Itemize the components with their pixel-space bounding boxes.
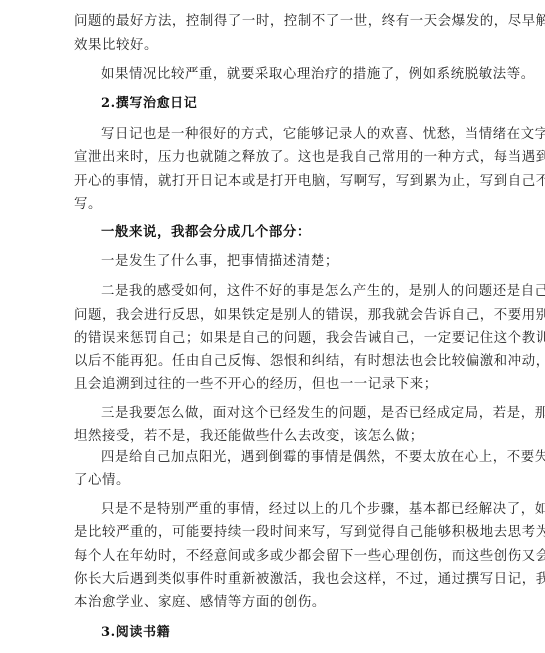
paragraph-line: 以后不能再犯。任由自己反悔、怨恨和纠结，有时想法也会比较偏激和冲动，而 xyxy=(74,354,545,370)
paragraph-line: 如果情况比较严重，就要采取心理治疗的措施了，例如系统脱敏法等。 xyxy=(101,67,535,83)
paragraph-line: 坦然接受，若不是，我还能做些什么去改变，该怎么做； xyxy=(74,429,424,445)
paragraph-line: 的错误来惩罚自己；如果是自己的问题，我会告诫自己，一定要记住这个教训， xyxy=(74,331,545,347)
paragraph-line: 写日记也是一种很好的方式，它能够记录人的欢喜、忧愁，当情绪在文字中 xyxy=(101,127,545,143)
bold-intro-line: 一般来说，我都会分成几个部分： xyxy=(101,224,311,240)
paragraph-line: 且会追溯到过往的一些不开心的经历，但也一一记录下来； xyxy=(74,377,438,393)
paragraph-line: 一是发生了什么事，把事情描述清楚； xyxy=(101,254,339,270)
paragraph-line: 二是我的感受如何，这件不好的事是怎么产生的，是别人的问题还是自己的 xyxy=(101,284,545,300)
paragraph-line: 本治愈学业、家庭、感情等方面的创伤。 xyxy=(74,595,326,611)
paragraph-line: 问题，我会进行反思，如果铁定是别人的错误，那我就会告诉自己，不要用别人 xyxy=(74,308,545,324)
paragraph-line: 了心情。 xyxy=(74,473,130,489)
paragraph-line: 你长大后遇到类似事件时重新被激活，我也会这样，不过，通过撰写日记，我基 xyxy=(74,572,545,588)
section-heading-2: 2.撰写治愈日记 xyxy=(101,96,197,112)
paragraph-line: 三是我要怎么做，面对这个已经发生的问题，是否已经成定局，若是，那就 xyxy=(101,406,545,422)
paragraph-line: 开心的事情，就打开日记本或是打开电脑，写啊写，写到累为止，写到自己不想 xyxy=(74,174,545,190)
paragraph-line: 写。 xyxy=(74,197,102,213)
paragraph-line: 是比较严重的，可能要持续一段时间来写，写到觉得自己能够积极地去思考为止。 xyxy=(74,525,545,541)
paragraph-line: 问题的最好方法，控制得了一时，控制不了一世，终有一天会爆发的，尽早解决， xyxy=(74,14,545,30)
paragraph-line: 只是不是特别严重的事情，经过以上的几个步骤，基本都已经解决了，如果 xyxy=(101,502,545,518)
paragraph-line: 效果比较好。 xyxy=(74,38,158,54)
paragraph-line: 四是给自己加点阳光，遇到倒霉的事情是偶然，不要太放在心上，不要失掉 xyxy=(101,450,545,466)
paragraph-line: 每个人在年幼时，不经意间或多或少都会留下一些心理创伤，而这些创伤又会在 xyxy=(74,549,545,565)
paragraph-line: 宣泄出来时，压力也就随之释放了。这也是我自己常用的一种方式，每当遇到不 xyxy=(74,150,545,166)
section-heading-3: 3.阅读书籍 xyxy=(101,625,170,641)
